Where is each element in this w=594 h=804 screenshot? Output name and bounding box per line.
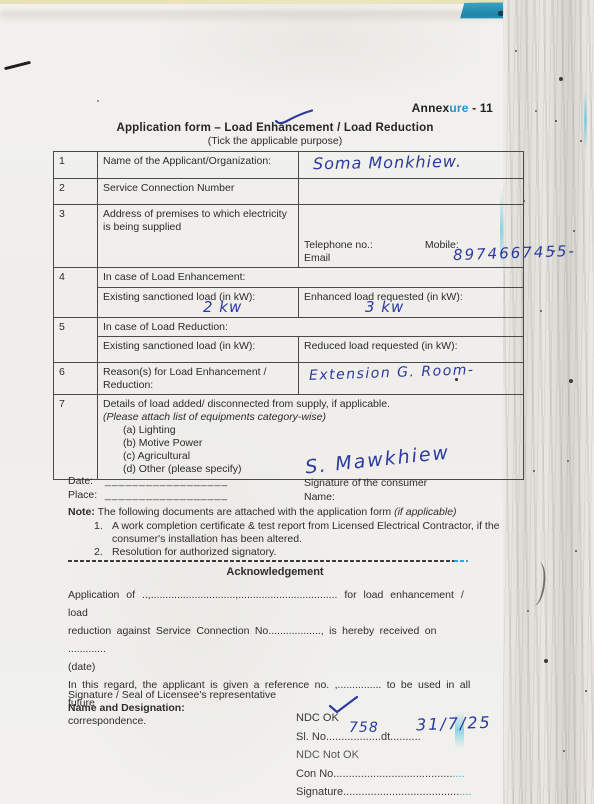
ack-line3: (date) <box>68 658 476 676</box>
signature-cyan-dots: .... <box>459 786 471 798</box>
handwritten-mobile-number: 8974667455- <box>453 244 576 261</box>
dashed-separator-cyan-end <box>454 560 468 562</box>
table-row: 7 Details of load added/ disconnected fr… <box>54 395 524 480</box>
table-row: 3 Address of premises to which electrici… <box>54 205 524 268</box>
applicant-name-label: Name of the Applicant/Organization: <box>98 152 299 179</box>
row-number: 6 <box>54 363 98 395</box>
existing-load-red-cell: Existing sanctioned load (in kW): <box>98 337 299 363</box>
reason-label: Reason(s) for Load Enhancement / Reducti… <box>98 363 299 395</box>
ack-line1: Application of ..,......................… <box>68 586 476 622</box>
ndc-not-ok-label: NDC Not OK <box>296 746 471 765</box>
con-no-line: Con No..................................… <box>296 765 471 784</box>
form-header: Application form – Load Enhancement / Lo… <box>40 122 510 147</box>
con-no-cyan-dots: .... <box>453 768 465 780</box>
row-number: 2 <box>54 179 98 205</box>
table-row: 5 In case of Load Reduction: <box>54 317 524 337</box>
handwritten-enhanced-load: 3 kw <box>365 301 404 314</box>
acknowledgement-heading: Acknowledgement <box>40 566 510 578</box>
consumer-name-label: Name: <box>304 491 335 504</box>
row-number: 1 <box>54 152 98 179</box>
scanned-application-form: Annexure - 11 Application form – Load En… <box>0 0 594 804</box>
date-blank: __________________ <box>105 475 228 487</box>
checkmark-icon <box>326 695 360 714</box>
annexure-part-tail: - 11 <box>469 101 493 115</box>
note-item-2: 2. Resolution for authorized signatory. <box>68 546 546 559</box>
licensee-rep-label: Signature / Seal of Licensee's represent… <box>68 689 276 702</box>
signature-dots: Signature...............................… <box>296 786 459 798</box>
licensee-signature-block: Signature / Seal of Licensee's represent… <box>68 689 276 715</box>
note-item-text: A work completion certificate & test rep… <box>112 520 546 546</box>
table-row: 4 In case of Load Enhancement: <box>54 268 524 288</box>
dashed-separator <box>68 560 454 562</box>
table-row: Existing sanctioned load (in kW): Reduce… <box>54 337 524 363</box>
signature-line: Signature...............................… <box>296 783 471 802</box>
handwritten-sl-number: 758 <box>349 720 379 736</box>
row-number: 5 <box>54 317 98 363</box>
page-title: Application form – Load Enhancement / Lo… <box>40 122 510 134</box>
handwritten-reason: Extension G. Room- <box>309 364 475 382</box>
scanner-top-shadow <box>0 11 520 23</box>
applicant-name-field: Soma Monkhiew. <box>299 152 524 179</box>
existing-load-enh-cell: Existing sanctioned load (in kW): 2 kw <box>98 287 299 317</box>
note-item-text: Resolution for authorized signatory. <box>112 546 276 559</box>
annexure-part-black: Annex <box>412 101 450 115</box>
reduced-load-cell: Reduced load requested (in kW): <box>299 337 524 363</box>
load-details-line1: Details of load added/ disconnected from… <box>103 398 518 411</box>
date-line: Date: __________________ <box>68 475 228 488</box>
item-motive-power: (b) Motive Power <box>123 437 518 450</box>
telephone-label: Telephone no.: <box>304 239 373 251</box>
row-number: 7 <box>54 395 98 480</box>
load-enhancement-header: In case of Load Enhancement: <box>98 268 524 288</box>
handwritten-existing-load: 2 kw <box>203 301 242 314</box>
contact-field: Telephone no.:Mobile: Email 8974667455- <box>299 205 524 268</box>
row-number: 3 <box>54 205 98 268</box>
place-line: Place: __________________ <box>68 489 228 502</box>
load-reduction-header: In case of Load Reduction: <box>98 317 524 337</box>
handwritten-applicant-name: Soma Monkhiew. <box>313 156 462 171</box>
ack-line2: reduction against Service Connection No.… <box>68 622 476 658</box>
name-designation-label: Name and Designation: <box>68 702 276 715</box>
cyan-scan-streak <box>584 90 587 150</box>
note-item-number: 2. <box>94 546 112 559</box>
table-row: Existing sanctioned load (in kW): 2 kw E… <box>54 287 524 317</box>
note-if-applicable: (if applicable) <box>394 506 456 518</box>
application-table: 1 Name of the Applicant/Organization: So… <box>53 151 524 480</box>
table-row: 1 Name of the Applicant/Organization: So… <box>54 152 524 179</box>
table-row: 6 Reason(s) for Load Enhancement / Reduc… <box>54 363 524 395</box>
note-label: Note: <box>68 506 95 518</box>
reason-field: Extension G. Room- <box>299 363 524 395</box>
note-item-number: 1. <box>94 520 112 546</box>
place-label: Place: <box>68 489 102 502</box>
note-section: Note: The following documents are attach… <box>68 506 546 559</box>
address-label: Address of premises to which electricity… <box>98 205 299 268</box>
annexure-label: Annexure - 11 <box>412 101 493 115</box>
pen-mark <box>4 61 31 70</box>
row-number: 4 <box>54 268 98 318</box>
enhanced-load-cell: Enhanced load requested (in kW): 3 kw <box>299 287 524 317</box>
annexure-part-blue: ure <box>449 101 468 115</box>
page-subtitle: (Tick the applicable purpose) <box>40 135 510 147</box>
scan-noise-specks <box>515 50 517 52</box>
con-no-dots: Con No..................................… <box>296 768 453 780</box>
service-connection-label: Service Connection Number <box>98 179 299 205</box>
load-details-line2: (Please attach list of equipments catego… <box>103 411 518 424</box>
note-intro: The following documents are attached wit… <box>95 506 394 518</box>
date-label: Date: <box>68 475 102 488</box>
consumer-signature-label: Signature of the consumer <box>304 477 427 490</box>
handwritten-date: 31/7/25 <box>416 713 492 735</box>
ink-speck <box>97 100 99 102</box>
item-lighting: (a) Lighting <box>123 424 518 437</box>
place-blank: __________________ <box>105 489 228 501</box>
service-connection-field <box>299 179 524 205</box>
note-item-1: 1. A work completion certificate & test … <box>68 520 546 546</box>
table-row: 2 Service Connection Number <box>54 179 524 205</box>
